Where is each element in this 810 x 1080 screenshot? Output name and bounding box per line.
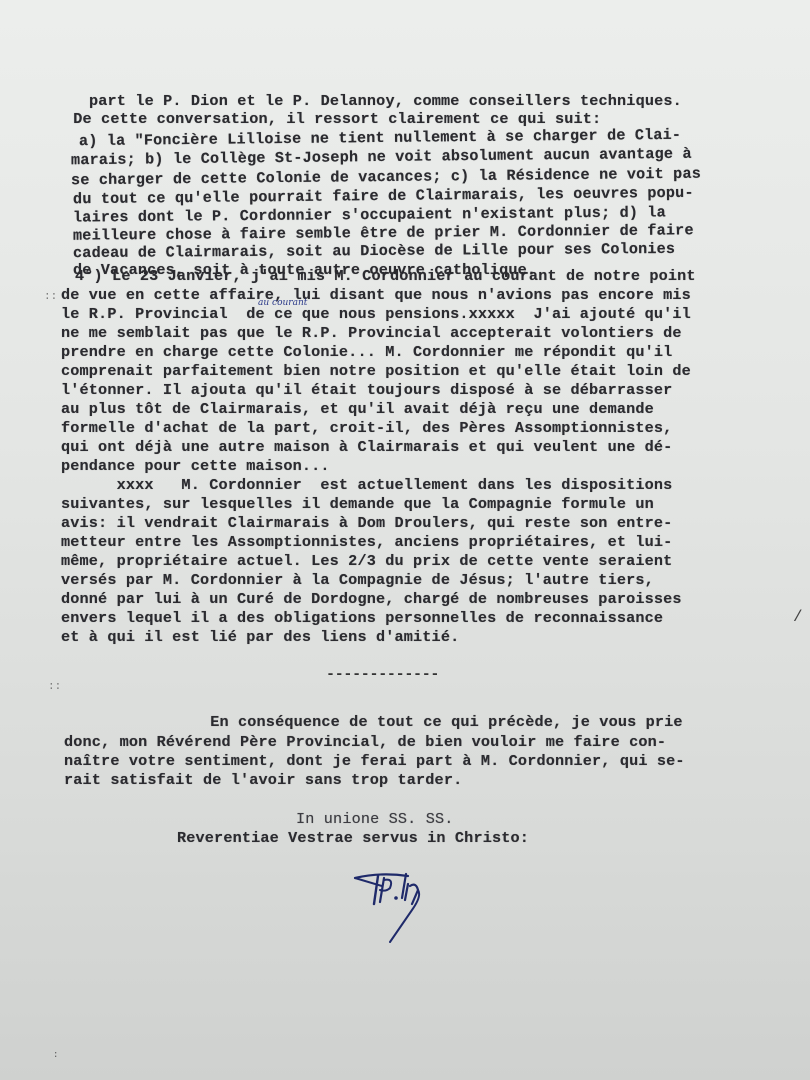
margin-mark: ::	[48, 681, 61, 693]
text-line: rait satisfait de l'avoir sans trop tard…	[64, 771, 462, 789]
text-line: ne me semblait pas que le R.P. Provincia…	[61, 324, 682, 342]
text-line: De cette conversation, il ressort claire…	[64, 110, 601, 128]
text-line: naître votre sentiment, dont je ferai pa…	[64, 752, 685, 770]
margin-mark: /	[793, 608, 803, 626]
text-line: et à qui il est lié par des liens d'amit…	[61, 628, 459, 646]
text-line: au plus tôt de Clairmarais, et qu'il ava…	[61, 400, 654, 418]
text-line: envers lequel il a des obligations perso…	[61, 609, 663, 627]
text-line: En conséquence de tout ce qui précède, j…	[62, 713, 683, 731]
page-speck: :	[53, 1050, 58, 1060]
text-line: metteur entre les Assomptionnistes, anci…	[61, 533, 672, 551]
text-line: formelle d'achat de la part, croit-il, d…	[61, 419, 672, 437]
text-line: xxxx M. Cordonnier est actuellement dans…	[61, 476, 672, 494]
signature-mark	[350, 870, 450, 950]
handwritten-annotation: au courant	[258, 298, 307, 308]
text-line: suivantes, sur lesquelles il demande que…	[61, 495, 654, 513]
text-line: donné par lui à un Curé de Dordogne, cha…	[61, 590, 682, 608]
text-line: avis: il vendrait Clairmarais à Dom Drou…	[61, 514, 672, 532]
text-line: l'étonner. Il ajouta qu'il était toujour…	[61, 381, 672, 399]
text-line: prendre en charge cette Colonie... M. Co…	[61, 343, 672, 361]
text-line: même, propriétaire actuel. Les 2/3 du pr…	[61, 552, 672, 570]
text-line: pendance pour cette maison...	[61, 457, 330, 475]
text-line: le R.P. Provincial de ce que nous pensio…	[61, 305, 691, 323]
text-line: de vue en cette affaire, lui disant que …	[61, 286, 691, 304]
text-line: part le P. Dion et le P. Delannoy, comme…	[89, 92, 682, 110]
margin-mark: ::	[44, 291, 57, 303]
text-line: qui ont déjà une autre maison à Clairmar…	[61, 438, 672, 456]
text-line: comprenait parfaitement bien notre posit…	[61, 362, 691, 380]
text-line: donc, mon Révérend Père Provincial, de b…	[64, 733, 666, 751]
document-page: part le P. Dion et le P. Delannoy, comme…	[0, 0, 810, 1080]
closing-formula: In unione SS. SS.	[296, 810, 454, 828]
text-line: cadeau de Clairmarais, soit au Diocèse d…	[73, 240, 675, 262]
section-divider: -------------	[326, 666, 439, 683]
text-line: 4°) Le 23 Janvier, j'ai mis M. Cordonnie…	[75, 267, 696, 285]
closing-signoff: Reverentiae Vestrae servus in Christo:	[177, 829, 529, 847]
text-line: versés par M. Cordonnier à la Compagnie …	[61, 571, 654, 589]
